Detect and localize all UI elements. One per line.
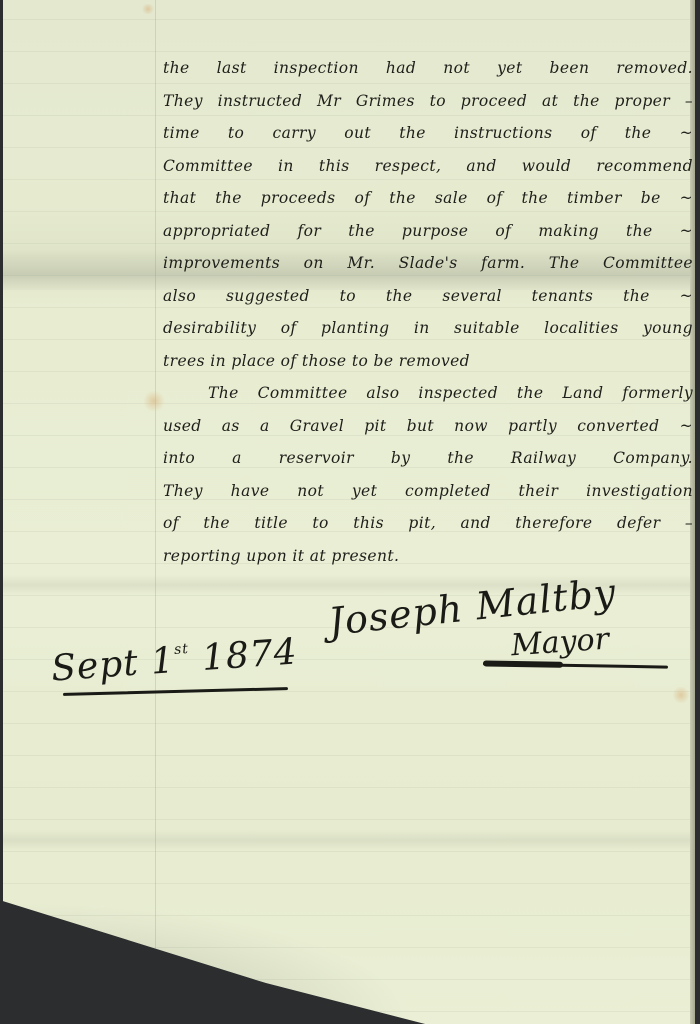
report-body: the last inspection had not yet been rem… [163, 52, 693, 572]
paper-page: the last inspection had not yet been rem… [3, 0, 695, 1024]
date-month: Sept [50, 643, 140, 690]
body-line: into a reservoir by the Railway Company. [163, 442, 693, 475]
body-line: that the proceeds of the sale of the tim… [163, 182, 693, 215]
body-line: also suggested to the several tenants th… [163, 280, 693, 313]
stain-spot [673, 685, 689, 705]
body-line: used as a Gravel pit but now partly conv… [163, 410, 693, 443]
date-day-suffix: st [174, 641, 190, 658]
body-line: They have not yet completed their invest… [163, 475, 693, 508]
date-day: 1 [150, 640, 177, 683]
stain-spot [141, 4, 155, 14]
body-line: appropriated for the purpose of making t… [163, 215, 693, 248]
stain-spot [143, 390, 165, 412]
margin-rule [155, 0, 156, 1024]
signature-title: Mayor [510, 622, 610, 664]
body-line: of the title to this pit, and therefore … [163, 507, 693, 540]
body-line: reporting upon it at present. [163, 540, 693, 573]
document-scene: the last inspection had not yet been rem… [0, 0, 700, 1024]
body-line: improvements on Mr. Slade's farm. The Co… [163, 247, 693, 280]
body-line: The Committee also inspected the Land fo… [163, 377, 693, 410]
body-line: the last inspection had not yet been rem… [163, 52, 693, 85]
date-year: 1874 [201, 631, 299, 679]
body-line: trees in place of those to be removed [163, 345, 693, 378]
fold-crease-lower [3, 830, 695, 850]
body-line: desirability of planting in suitable loc… [163, 312, 693, 345]
body-line: They instructed Mr Grimes to proceed at … [163, 85, 693, 118]
body-line: time to carry out the instructions of th… [163, 117, 693, 150]
body-line: Committee in this respect, and would rec… [163, 150, 693, 183]
